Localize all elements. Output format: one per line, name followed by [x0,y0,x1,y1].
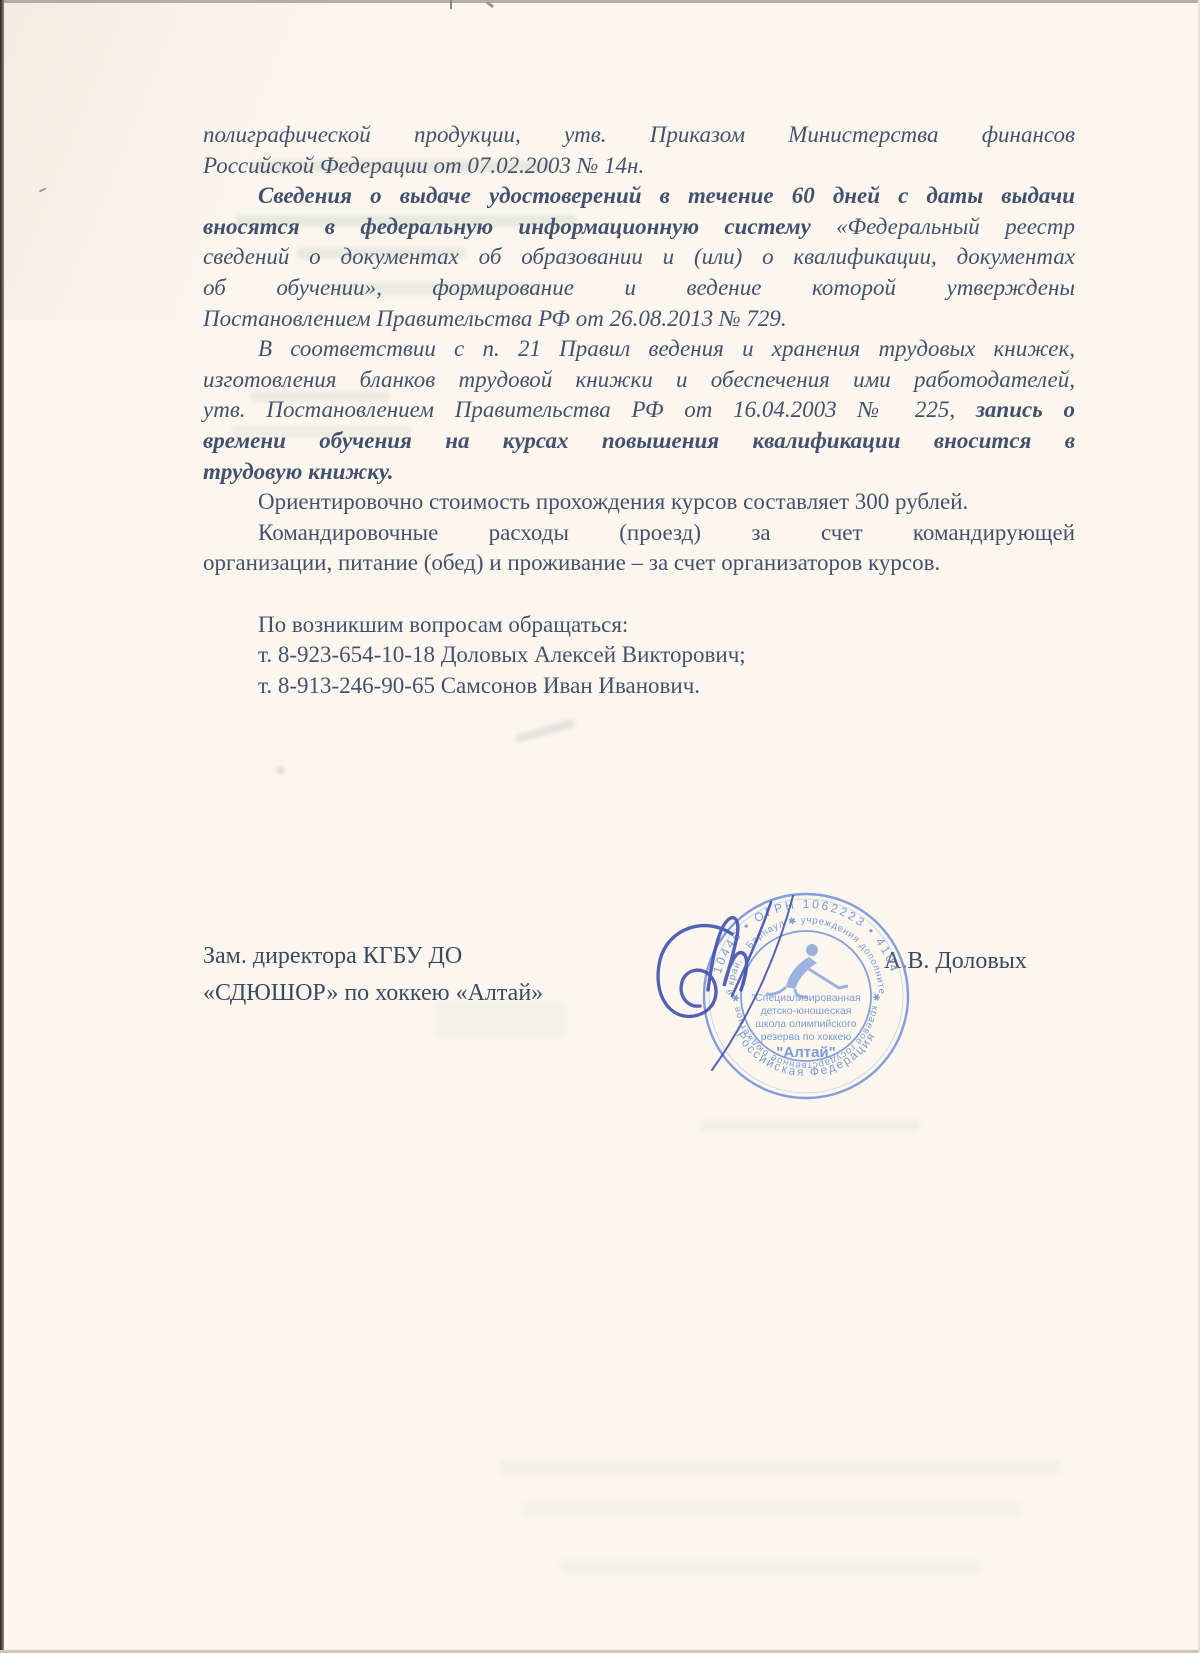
signature-stroke [658,926,732,1017]
document-page: полиграфической продукции, утв. Приказом… [0,0,1200,1653]
body-line: времени обучения на курсах повышения ква… [203,426,1075,457]
bleed-through-artifact [277,767,284,773]
body-line: утв. Постановлением Правительства РФ от … [203,395,1075,426]
bleed-through-artifact [560,1560,980,1574]
contacts-heading: По возникшим вопросам обращаться: [203,610,1075,641]
bleed-through-artifact [522,1502,1022,1516]
scan-edge-left [0,0,4,1653]
body-line: полиграфической продукции, утв. Приказом… [203,120,1075,151]
body-line: Командировочные расходы (проезд) за счет… [203,518,1075,549]
contact-phone-line: т. 8-913-246-90-65 Самсонов Иван Иванови… [203,671,1075,702]
body-line: Постановлением Правительства РФ от 26.08… [203,304,1075,335]
letter-body: полиграфической продукции, утв. Приказом… [203,120,1075,701]
body-line: сведений о документах об образовании и (… [203,242,1075,273]
signer-position-line: Зам. директора КГБУ ДО [203,938,543,975]
scan-edge-top [0,0,1200,3]
contact-phone-line: т. 8-923-654-10-18 Доловых Алексей Викто… [203,640,1075,671]
bleed-through-artifact [500,1460,1060,1474]
bleed-through-artifact [514,719,576,744]
signer-position-line: «СДЮШОР» по хоккею «Алтай» [203,975,543,1012]
body-line: об обучении», формирование и ведение кот… [203,273,1075,304]
signer-position: Зам. директора КГБУ ДО «СДЮШОР» по хокке… [203,938,543,1012]
body-line: В соответствии с п. 21 Правил ведения и … [203,334,1075,365]
signature-stroke [732,902,771,996]
body-line: вносятся в федеральную информационную си… [203,212,1075,243]
body-line: Сведения о выдаче удостоверений в течени… [203,181,1075,212]
body-line: Российской Федерации от 07.02.2003 № 14н… [203,151,1075,182]
body-line: Ориентировочно стоимость прохождения кур… [203,487,1075,518]
body-line: организации, питание (обед) и проживание… [203,548,1075,579]
scan-speck [450,0,452,9]
blank-line [203,579,1075,610]
body-line: изготовления бланков трудовой книжки и о… [203,365,1075,396]
body-line: трудовую книжку. [203,457,1075,488]
handwritten-signature [615,855,845,1095]
